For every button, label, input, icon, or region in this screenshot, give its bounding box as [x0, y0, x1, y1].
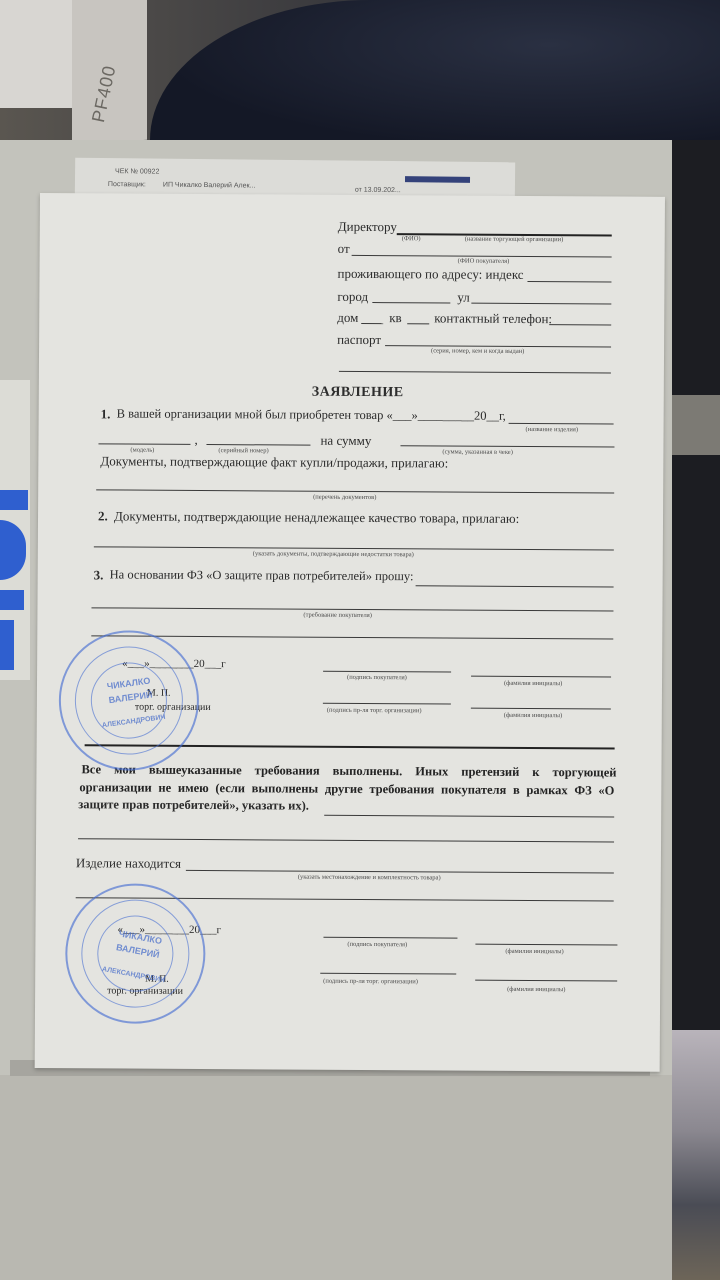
sig1-buyer-name-hint: (фамилия инициалы) — [504, 680, 562, 687]
request-line-1[interactable] — [416, 585, 614, 587]
receipt-supplier-label: Поставщик: — [108, 181, 146, 188]
quality-docs-line[interactable] — [94, 546, 614, 550]
sig2-buyer-sign-hint: (подпись покупателя) — [347, 941, 407, 948]
director-hint-fio: (ФИО) — [402, 235, 421, 242]
sig1-buyer-sign-hint: (подпись покупателя) — [347, 674, 407, 681]
sig2-buyer-sign-line[interactable] — [323, 937, 457, 939]
request-line-3[interactable] — [91, 635, 613, 639]
from-label: от — [338, 241, 350, 257]
other-requirements-line-2[interactable] — [78, 838, 614, 842]
item2-number: 2. — [98, 508, 108, 524]
item1-comma: , — [194, 432, 197, 448]
item1-hint-docs: (перечень документов) — [313, 494, 376, 501]
sig2-seller-name-line[interactable] — [475, 980, 617, 982]
item3-text: На основании ФЗ «О защите прав потребите… — [110, 567, 414, 584]
sig1-seller-name-hint: (фамилия инициалы) — [504, 712, 562, 719]
location-label: Изделие находится — [76, 855, 181, 872]
phone-line[interactable] — [549, 324, 611, 325]
item3-number: 3. — [94, 567, 104, 583]
sig2-seller-name-hint: (фамилия инициалы) — [507, 986, 565, 993]
item1-hint-product: (название изделия) — [526, 426, 578, 433]
docs-line[interactable] — [96, 489, 614, 493]
sig2-seller-sign-hint: (подпись пр-ля торг. организации) — [323, 978, 418, 986]
passport-hint: (серия, номер, кем и когда выдан) — [431, 347, 524, 355]
receipt-check-number: ЧЕК № 00922 — [115, 168, 159, 175]
director-label: Директору — [338, 219, 397, 235]
sig1-seller-sign-hint: (подпись пр-ля торг. организации) — [327, 707, 422, 715]
street-label: ул — [457, 290, 470, 306]
sig1-seller-sign-line[interactable] — [323, 703, 451, 705]
completion-line-3: защите прав потребителей», указать их). — [78, 797, 309, 813]
desk-surface-bottom — [0, 1075, 672, 1280]
seal-stamp-1: ЧИКАЛКО ВАЛЕРИЙ АЛЕКСАНДРОВИЧ — [50, 622, 207, 779]
street-line[interactable] — [471, 303, 611, 305]
item2-text: Документы, подтверждающие ненадлежащее к… — [114, 508, 519, 526]
house-label: дом — [337, 310, 358, 326]
sig1-buyer-sign-line[interactable] — [323, 671, 451, 673]
completion-line-2: организации не имею (если выполнены друг… — [79, 779, 614, 799]
sum-line[interactable] — [400, 445, 614, 447]
item2-hint: (указать документы, подтверждающие недос… — [253, 550, 414, 558]
completion-line-1: Все мои вышеуказанные требования выполне… — [81, 761, 616, 781]
sig2-buyer-name-line[interactable] — [475, 944, 617, 946]
sig1-buyer-name-line[interactable] — [471, 676, 611, 678]
receipt-date: от 13.09.202... — [355, 187, 401, 194]
serial-line[interactable] — [206, 444, 310, 446]
sig2-seller-sign-line[interactable] — [320, 973, 456, 975]
item1-number: 1. — [101, 406, 111, 422]
request-line-2[interactable] — [91, 607, 613, 611]
claim-form-sheet: Директору (ФИО) (название торгующей орга… — [35, 193, 665, 1072]
item3-hint: (требование покупателя) — [303, 612, 372, 619]
from-hint: (ФИО покупателя) — [458, 258, 510, 265]
product-name-line[interactable] — [509, 423, 614, 425]
city-line[interactable] — [372, 302, 450, 303]
apt-label: кв — [389, 310, 402, 326]
index-line[interactable] — [527, 281, 611, 283]
phone-label: контактный телефон: — [434, 310, 552, 327]
item1-hint-sum: (сумма, указанная в чеке) — [442, 448, 512, 455]
house-line[interactable] — [361, 323, 383, 324]
city-label: город — [337, 289, 368, 305]
receipt-highlight-bar — [405, 176, 470, 183]
other-requirements-line-1[interactable] — [324, 815, 614, 818]
director-hint-org: (название торгующей организации) — [465, 236, 564, 244]
apt-line[interactable] — [407, 323, 429, 324]
sig1-seller-name-line[interactable] — [471, 708, 611, 710]
background-box — [0, 0, 72, 108]
sig2-buyer-name-hint: (фамилия инициалы) — [505, 948, 563, 955]
location-line[interactable] — [186, 870, 614, 874]
blue-logo-fragment — [0, 490, 28, 680]
model-line[interactable] — [98, 443, 190, 445]
address-label: проживающего по адресу: индекс — [337, 266, 523, 283]
receipt-supplier-value: ИП Чикалко Валерий Алек... — [163, 182, 256, 190]
page-title: ЗАЯВЛЕНИЕ — [312, 385, 404, 402]
passport-label: паспорт — [337, 332, 381, 348]
item1-text: В вашей организации мной был приобретен … — [117, 406, 506, 423]
background-right-bottom — [670, 1030, 720, 1280]
item1-docs-text: Документы, подтверждающие факт купли/про… — [100, 453, 448, 471]
item1-sum-label: на сумму — [320, 433, 371, 449]
passport-line-2[interactable] — [339, 371, 611, 374]
location-hint: (указать местонахождение и комплектность… — [298, 874, 441, 882]
